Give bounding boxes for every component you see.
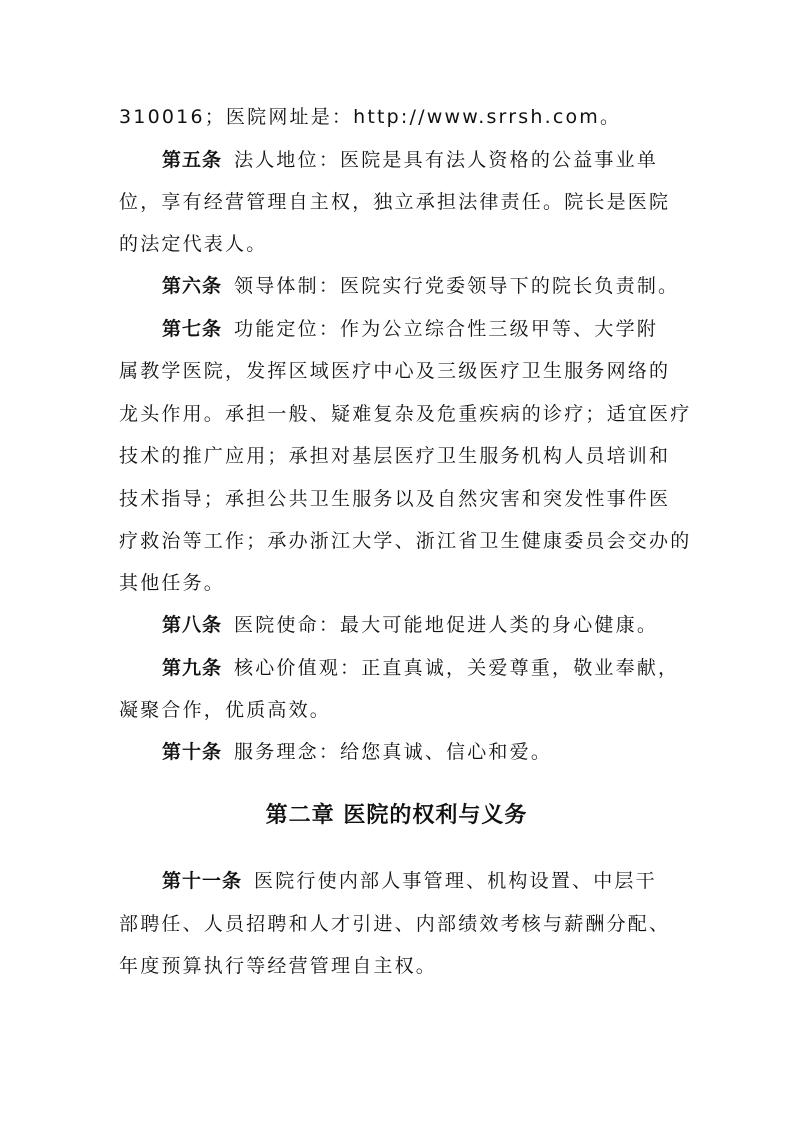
text-line: 部聘任、人员招聘和人才引进、内部绩效考核与薪酬分配、 [119,913,670,935]
text-line: 技术的推广应用；承担对基层医疗卫生服务机构人员培训和 [119,445,670,467]
article-text: 服务理念：给您真诚、信心和爱。 [234,741,552,763]
article-text: 领导体制：医院实行党委领导下的院长负责制。 [234,275,679,297]
article-11: 第十一条医院行使内部人事管理、机构设置、中层干 [162,870,657,892]
text-line: 310016；医院网址是：http://www.srrsh.com。 [119,106,621,128]
article-label: 第五条 [162,149,222,171]
article-10: 第十条服务理念：给您真诚、信心和爱。 [162,741,552,763]
text-line: 年度预算执行等经营管理自主权。 [119,955,437,977]
article-7: 第七条功能定位：作为公立综合性三级甲等、大学附 [162,318,658,340]
article-text: 法人地位：医院是具有法人资格的公益事业单 [234,149,658,171]
text-line: 技术指导；承担公共卫生服务以及自然灾害和突发性事件医 [119,488,670,510]
article-8: 第八条医院使命：最大可能地促进人类的身心健康。 [162,614,658,636]
text-line: 位，享有经营管理自主权，独立承担法律责任。院长是医院 [119,191,670,213]
text-line: 其他任务。 [119,572,225,594]
text-line: 疗救治等工作；承办浙江大学、浙江省卫生健康委员会交办的 [119,530,691,552]
article-label: 第六条 [162,275,222,297]
text-line: 凝聚合作，优质高效。 [119,699,331,721]
text-line: 的法定代表人。 [119,233,267,255]
article-9: 第九条核心价值观：正直真诚，关爱尊重，敬业奉献， [162,657,679,679]
text-line: 龙头作用。承担一般、疑难复杂及危重疾病的诊疗；适宜医疗 [119,403,691,425]
article-5: 第五条法人地位：医院是具有法人资格的公益事业单 [162,149,658,171]
article-label: 第九条 [162,657,222,679]
article-label: 第八条 [162,614,222,636]
article-text: 核心价值观：正直真诚，关爱尊重，敬业奉献， [234,657,679,679]
article-text: 医院行使内部人事管理、机构设置、中层干 [254,870,657,892]
text-line: 属教学医院，发挥区域医疗中心及三级医疗卫生服务网络的 [119,360,670,382]
article-label: 第七条 [162,318,222,340]
article-label: 第十一条 [162,870,242,892]
chapter-title: 第二章 医院的权利与义务 [0,798,793,829]
article-text: 医院使命：最大可能地促进人类的身心健康。 [234,614,658,636]
article-text: 功能定位：作为公立综合性三级甲等、大学附 [234,318,658,340]
article-label: 第十条 [162,741,222,763]
article-6: 第六条领导体制：医院实行党委领导下的院长负责制。 [162,275,679,297]
